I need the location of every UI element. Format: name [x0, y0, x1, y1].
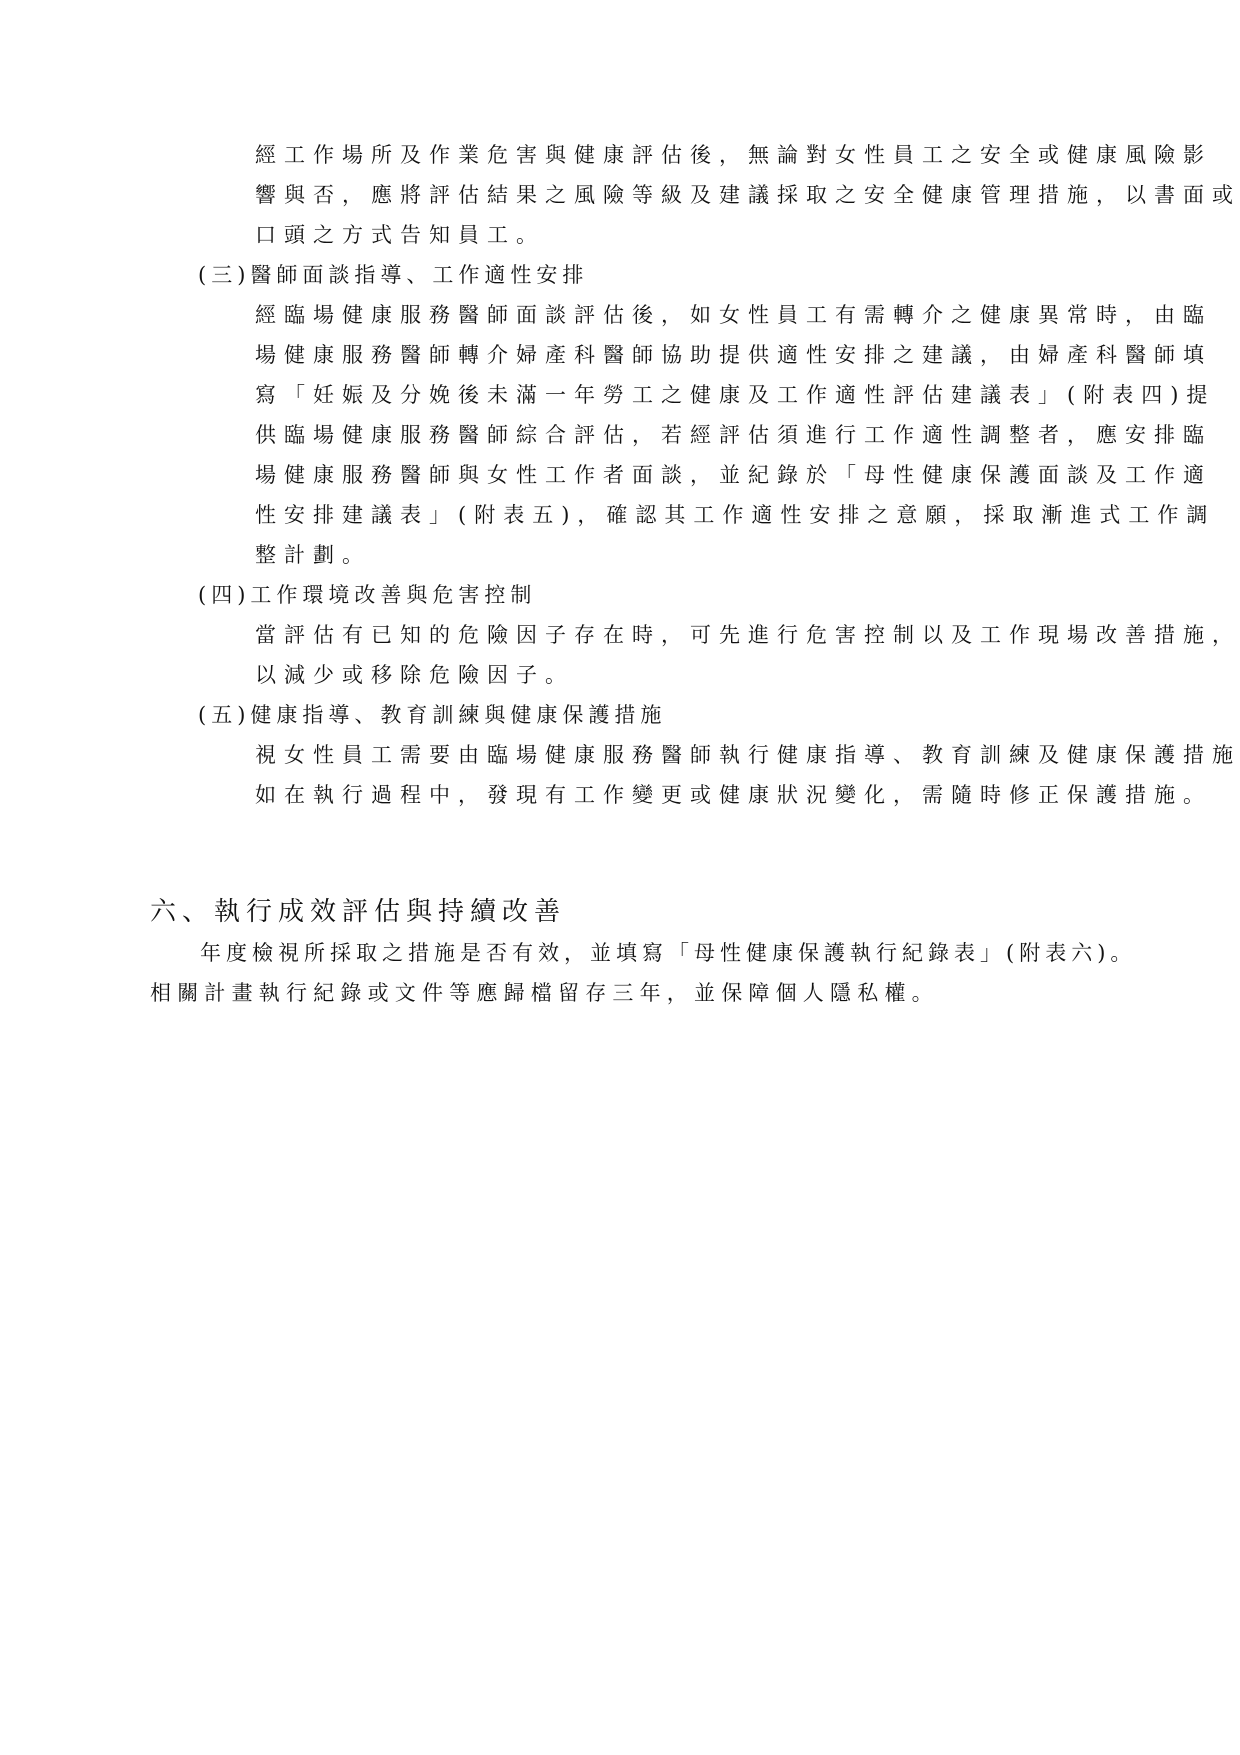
paragraph-line: 經工作場所及作業危害與健康評估後，無論對女性員工之安全或健康風險影: [255, 140, 1212, 170]
paragraph-line: 場健康服務醫師轉介婦產科醫師協助提供適性安排之建議，由婦產科醫師填: [255, 340, 1212, 370]
paragraph-line: 響與否，應將評估結果之風險等級及建議採取之安全健康管理措施，以書面或: [255, 180, 1240, 210]
paragraph-line: 寫「妊娠及分娩後未滿一年勞工之健康及工作適性評估建議表」(附表四)提: [255, 380, 1215, 410]
paragraph-line: 場健康服務醫師與女性工作者面談，並紀錄於「母性健康保護面談及工作適: [255, 460, 1212, 490]
paragraph-line: 整計劃。: [255, 540, 371, 570]
subsection-heading: (三)醫師面談指導、工作適性安排: [198, 260, 588, 290]
document-page: 經工作場所及作業危害與健康評估後，無論對女性員工之安全或健康風險影 響與否，應將…: [0, 0, 1240, 1755]
paragraph-line: 供臨場健康服務醫師綜合評估，若經評估須進行工作適性調整者，應安排臨: [255, 420, 1212, 450]
paragraph-line: 相關計畫執行紀錄或文件等應歸檔留存三年，並保障個人隱私權。: [150, 978, 939, 1008]
paragraph-line: 經臨場健康服務醫師面談評估後，如女性員工有需轉介之健康異常時，由臨: [255, 300, 1212, 330]
paragraph-line: 以減少或移除危險因子。: [255, 660, 574, 690]
paragraph-line: 年度檢視所採取之措施是否有效，並填寫「母性健康保護執行紀錄表」(附表六)。: [200, 938, 1136, 968]
subsection-heading: (五)健康指導、教育訓練與健康保護措施: [198, 700, 666, 730]
paragraph-line: 當評估有已知的危險因子存在時，可先進行危害控制以及工作現場改善措施，: [255, 620, 1240, 650]
section-heading: 六、執行成效評估與持續改善: [150, 895, 566, 929]
paragraph-line: 視女性員工需要由臨場健康服務醫師執行健康指導、教育訓練及健康保護措施。: [255, 740, 1240, 770]
subsection-heading: (四)工作環境改善與危害控制: [198, 580, 536, 610]
paragraph-line: 口頭之方式告知員工。: [255, 220, 545, 250]
paragraph-line: 如在執行過程中，發現有工作變更或健康狀況變化，需隨時修正保護措施。: [255, 780, 1212, 810]
paragraph-line: 性安排建議表」(附表五)，確認其工作適性安排之意願，採取漸進式工作調: [255, 500, 1215, 530]
